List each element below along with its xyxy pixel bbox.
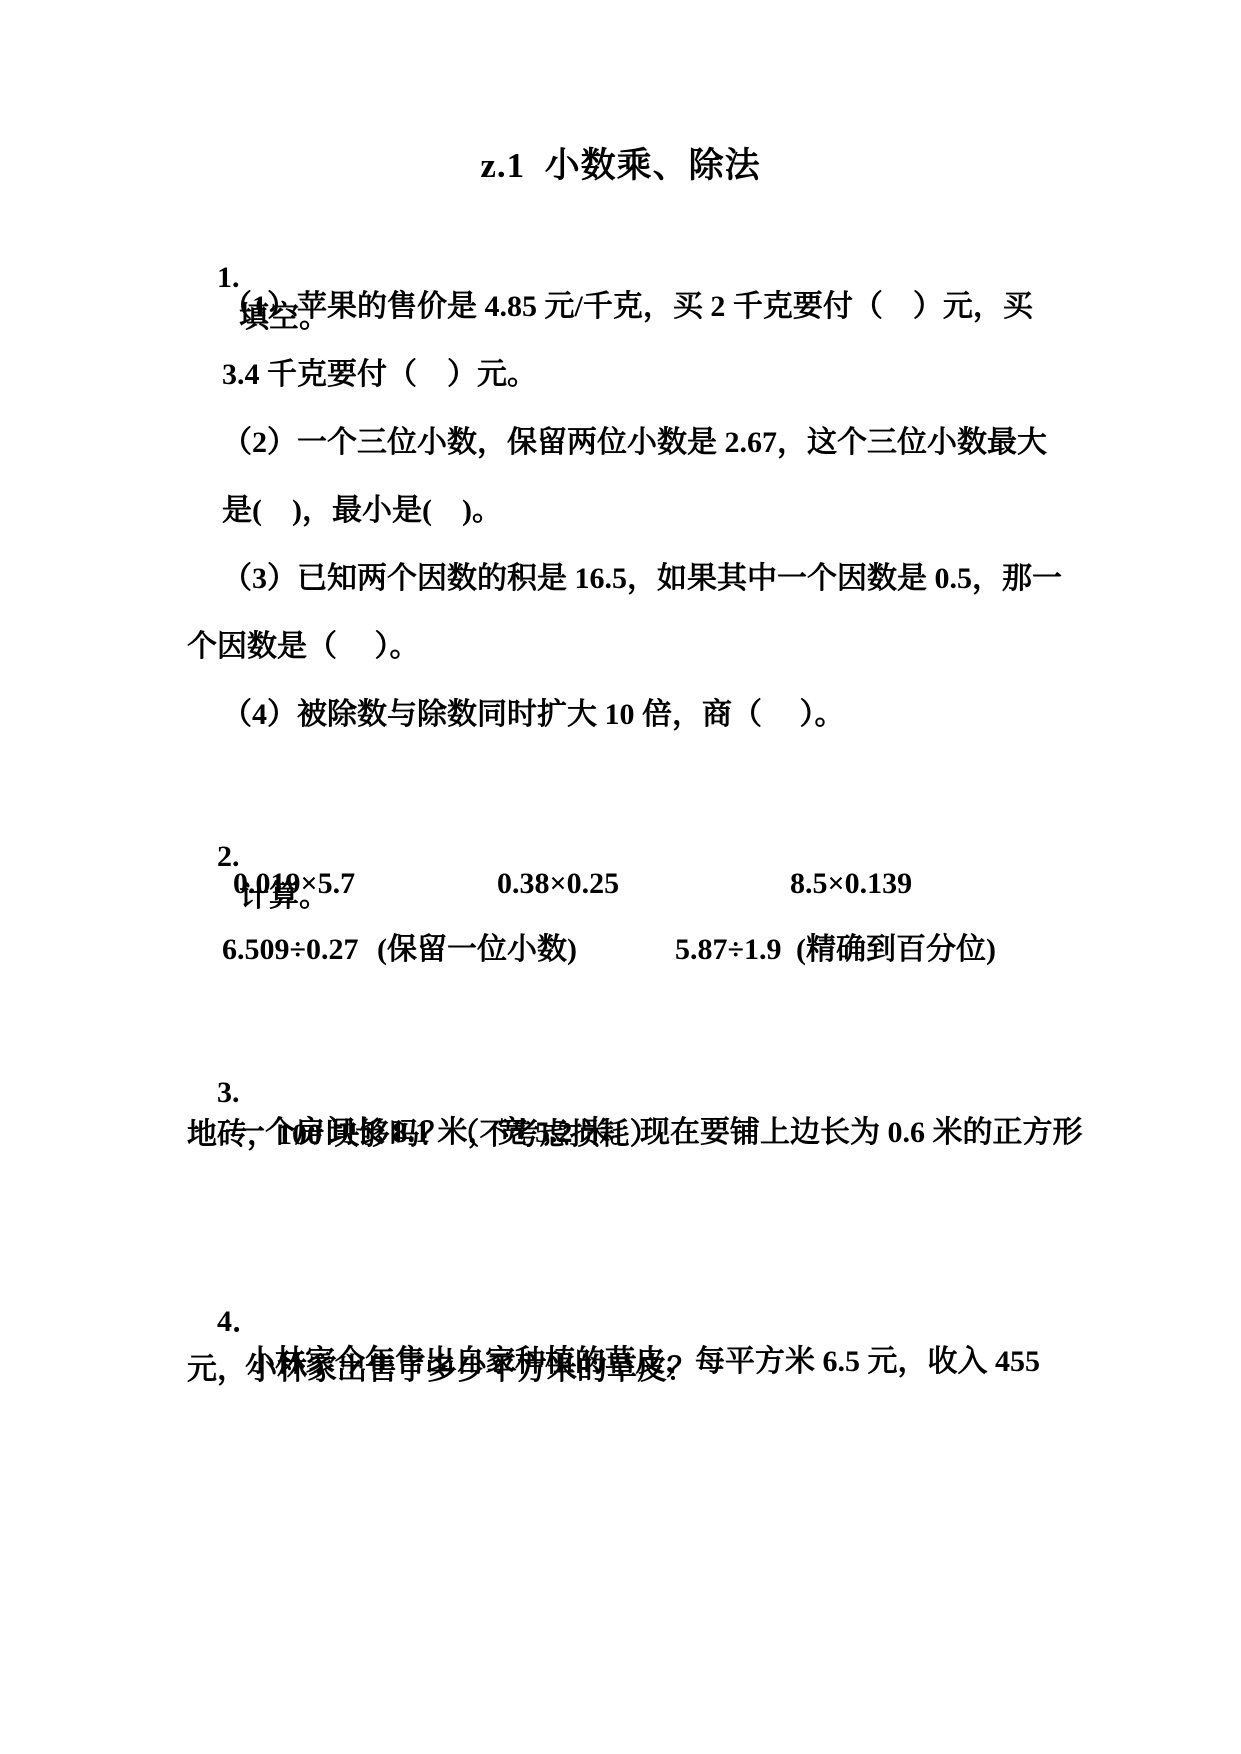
q1-sub3-line1: （3）已知两个因数的积是 16.5，如果其中一个因数是 0.5，那一 bbox=[222, 559, 1062, 599]
q2-calc-row2: 6.509÷0.27 (保留一位小数) 5.87÷1.9 (精确到百分位) bbox=[0, 930, 1241, 970]
q1-sub2-line2: 是( )，最小是( )。 bbox=[222, 491, 502, 531]
q1-sub1-line1: （1）苹果的售价是 4.85 元/千克，买 2 千克要付（ ）元，买 bbox=[222, 287, 1033, 327]
q1-sub4: （4）被除数与除数同时扩大 10 倍，商（ ）。 bbox=[222, 695, 845, 735]
worksheet-title: z.1 小数乘、除法 bbox=[0, 146, 1241, 186]
q2-calc-row1: 0.019×5.7 0.38×0.25 8.5×0.139 bbox=[0, 864, 1241, 904]
q1-sub1-line2: 3.4 千克要付（ ）元。 bbox=[222, 355, 537, 395]
q1-sub3-line2: 个因数是（ ）。 bbox=[187, 627, 420, 667]
q3-number: 3. bbox=[217, 1073, 240, 1113]
q2-calc-note-1: (保留一位小数) bbox=[377, 930, 577, 970]
q2-calc-expr-5: 5.87÷1.9 bbox=[675, 930, 781, 970]
q2-calc-expr-2: 0.38×0.25 bbox=[497, 864, 619, 904]
q1-sub2-line1: （2）一个三位小数，保留两位小数是 2.67，这个三位小数最大 bbox=[222, 423, 1047, 463]
q2-calc-expr-1: 0.019×5.7 bbox=[233, 864, 355, 904]
worksheet-page: z.1 小数乘、除法 1. 填空。 （1）苹果的售价是 4.85 元/千克，买 … bbox=[0, 0, 1241, 1754]
q4-line1: 4． 小林家今年售出自家种植的草皮，每平方米 6.5 元，收入 455 bbox=[187, 1262, 1040, 1422]
q3-line1: 3. 一个房间长 8.1 米，宽 5.2 米。现在要铺上边长为 0.6 米的正方… bbox=[187, 1033, 1083, 1193]
q3-line2: 地砖，100 块够吗？（不考虑损耗） bbox=[187, 1115, 660, 1155]
q4-number: 4． bbox=[217, 1302, 262, 1342]
q4-line2: 元，小林家出售了多少平方米的草皮？ bbox=[187, 1350, 697, 1390]
q2-calc-expr-3: 8.5×0.139 bbox=[790, 864, 912, 904]
q2-calc-note-2: (精确到百分位) bbox=[796, 930, 996, 970]
q2-calc-expr-4: 6.509÷0.27 bbox=[222, 930, 358, 970]
